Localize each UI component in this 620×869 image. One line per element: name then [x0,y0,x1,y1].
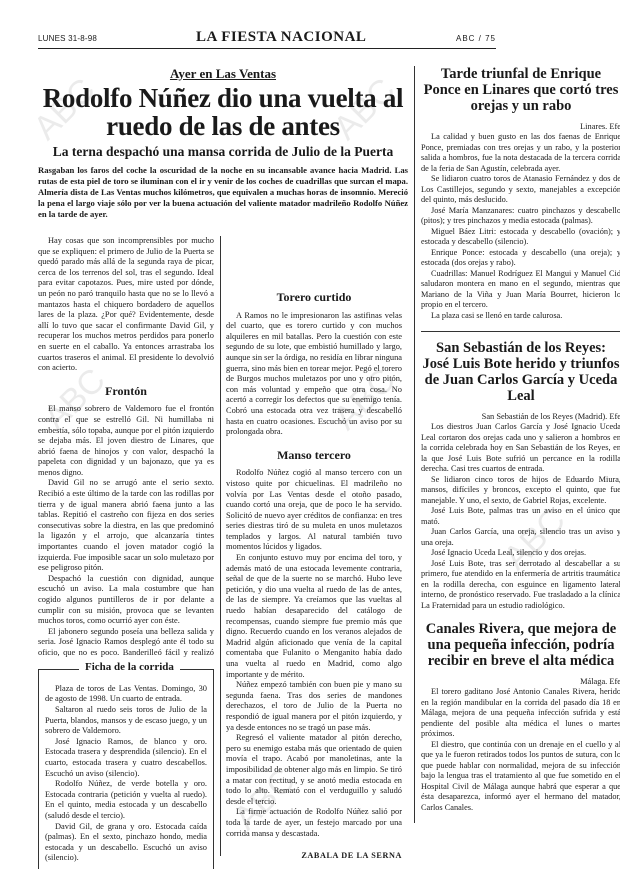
ficha-paragraph: David Gil, de grana y oro. Estocada caíd… [45,822,207,864]
paragraph: Hay cosas que son incomprensibles por mu… [38,236,214,374]
sidebar-story: Tarde triunfal de Enrique Ponce en Linar… [421,66,620,321]
story-headline: Tarde triunfal de Enrique Ponce en Linar… [421,66,620,114]
paragraph: Despachó la cuestión con dignidad, aunqu… [38,574,214,627]
paragraph: La firme actuación de Rodolfo Núñez sali… [226,807,402,839]
paragraph: José Luis Bote, tras ser derrotado al de… [421,559,620,612]
subheadline: La terna despachó una mansa corrida de J… [38,144,408,160]
headline: Rodolfo Núñez dio una vuelta al ruedo de… [38,84,408,140]
section-heading: Manso tercero [226,450,402,461]
divider [421,331,620,332]
paragraph: Regresó el valiente matador al pitón der… [226,733,402,807]
paragraph: Enrique Ponce: estocada y descabello (un… [421,248,620,269]
section-heading: Frontón [38,386,214,397]
ficha-box: Ficha de la corrida Plaza de toros de La… [38,669,214,869]
paragraph: En conjunto estuvo muy por encima del to… [226,553,402,680]
paragraph: Juan Carlos García, una oreja, silencio … [421,527,620,548]
paragraph: La plaza casi se llenó en tarde calurosa… [421,311,620,322]
dateline: Linares. Efe [421,122,620,131]
story-headline: San Sebastián de los Reyes: José Luis Bo… [421,340,620,404]
column-divider [220,236,221,856]
ficha-paragraph: Rodolfo Núñez, de verde botella y oro. E… [45,779,207,821]
dateline: Málaga. Efe [421,677,620,686]
page-number: ABC / 75 [456,34,496,43]
kicker: Ayer en Las Ventas [38,66,408,82]
dateline: San Sebastián de los Reyes (Madrid). Efe [421,412,620,421]
paragraph: El torero gaditano José Antonio Canales … [421,687,620,740]
paragraph: Rodolfo Núñez cogió al manso tercero con… [226,468,402,553]
ficha-paragraph: Saltaron al ruedo seis toros de Julio de… [45,705,207,737]
paragraph: A Ramos no le impresionaron las astifina… [226,311,402,438]
lead-paragraph: Rasgaban los faros del coche la oscurida… [38,165,408,220]
paragraph: Se lidiaron cinco toros de hijos de Edua… [421,475,620,507]
column-2: Torero curtido A Ramos no le impresionar… [226,236,402,862]
paragraph: El jabonero segundo poseía una belleza s… [38,627,214,659]
issue-date: LUNES 31-8-98 [38,34,97,43]
paragraph: Cuadrillas: Manuel Rodríguez El Mangui y… [421,269,620,311]
sidebar-story: Canales Rivera, que mejora de una pequeñ… [421,621,620,813]
byline: ZABALA DE LA SERNA [226,851,402,862]
ficha-paragraph: José Ignacio Ramos, de blanco y oro. Est… [45,737,207,779]
section-title: LA FIESTA NACIONAL [196,29,366,46]
story-headline: Canales Rivera, que mejora de una pequeñ… [421,621,620,669]
sidebar: Tarde triunfal de Enrique Ponce en Linar… [414,66,620,823]
paragraph: Miguel Báez Litri: estocada y descabello… [421,227,620,248]
paragraph: Los diestros Juan Carlos García y José I… [421,422,620,475]
ficha-title: Ficha de la corrida [79,662,180,673]
page-header: LUNES 31-8-98 LA FIESTA NACIONAL ABC / 7… [38,26,496,49]
paragraph: El manso sobrero de Valdemoro fue el fro… [38,404,214,478]
paragraph: El diestro, que continúa con un drenaje … [421,740,620,814]
main-story-header: Ayer en Las Ventas Rodolfo Núñez dio una… [38,66,408,220]
paragraph: David Gil no se arrugó ante el serio sex… [38,478,214,573]
sidebar-story: San Sebastián de los Reyes: José Luis Bo… [421,340,620,611]
section-heading: Torero curtido [226,292,402,303]
paragraph: Se lidiaron cuatro toros de Atanasio Fer… [421,174,620,206]
newspaper-page: ABC ABC ABC ABC ABC ABC LUNES 31-8-98 LA… [0,0,620,869]
ficha-paragraph: Plaza de toros de Las Ventas. Domingo, 3… [45,684,207,705]
column-1: Hay cosas que son incomprensibles por mu… [38,236,214,869]
paragraph: José Ignacio Uceda Leal, silencio y dos … [421,548,620,559]
paragraph: La calidad y buen gusto en las dos faena… [421,132,620,174]
paragraph: José María Manzanares: cuatro pinchazos … [421,206,620,227]
paragraph: Núñez empezó también con buen pie y mano… [226,680,402,733]
paragraph: José Luis Bote, palmas tras un aviso en … [421,506,620,527]
